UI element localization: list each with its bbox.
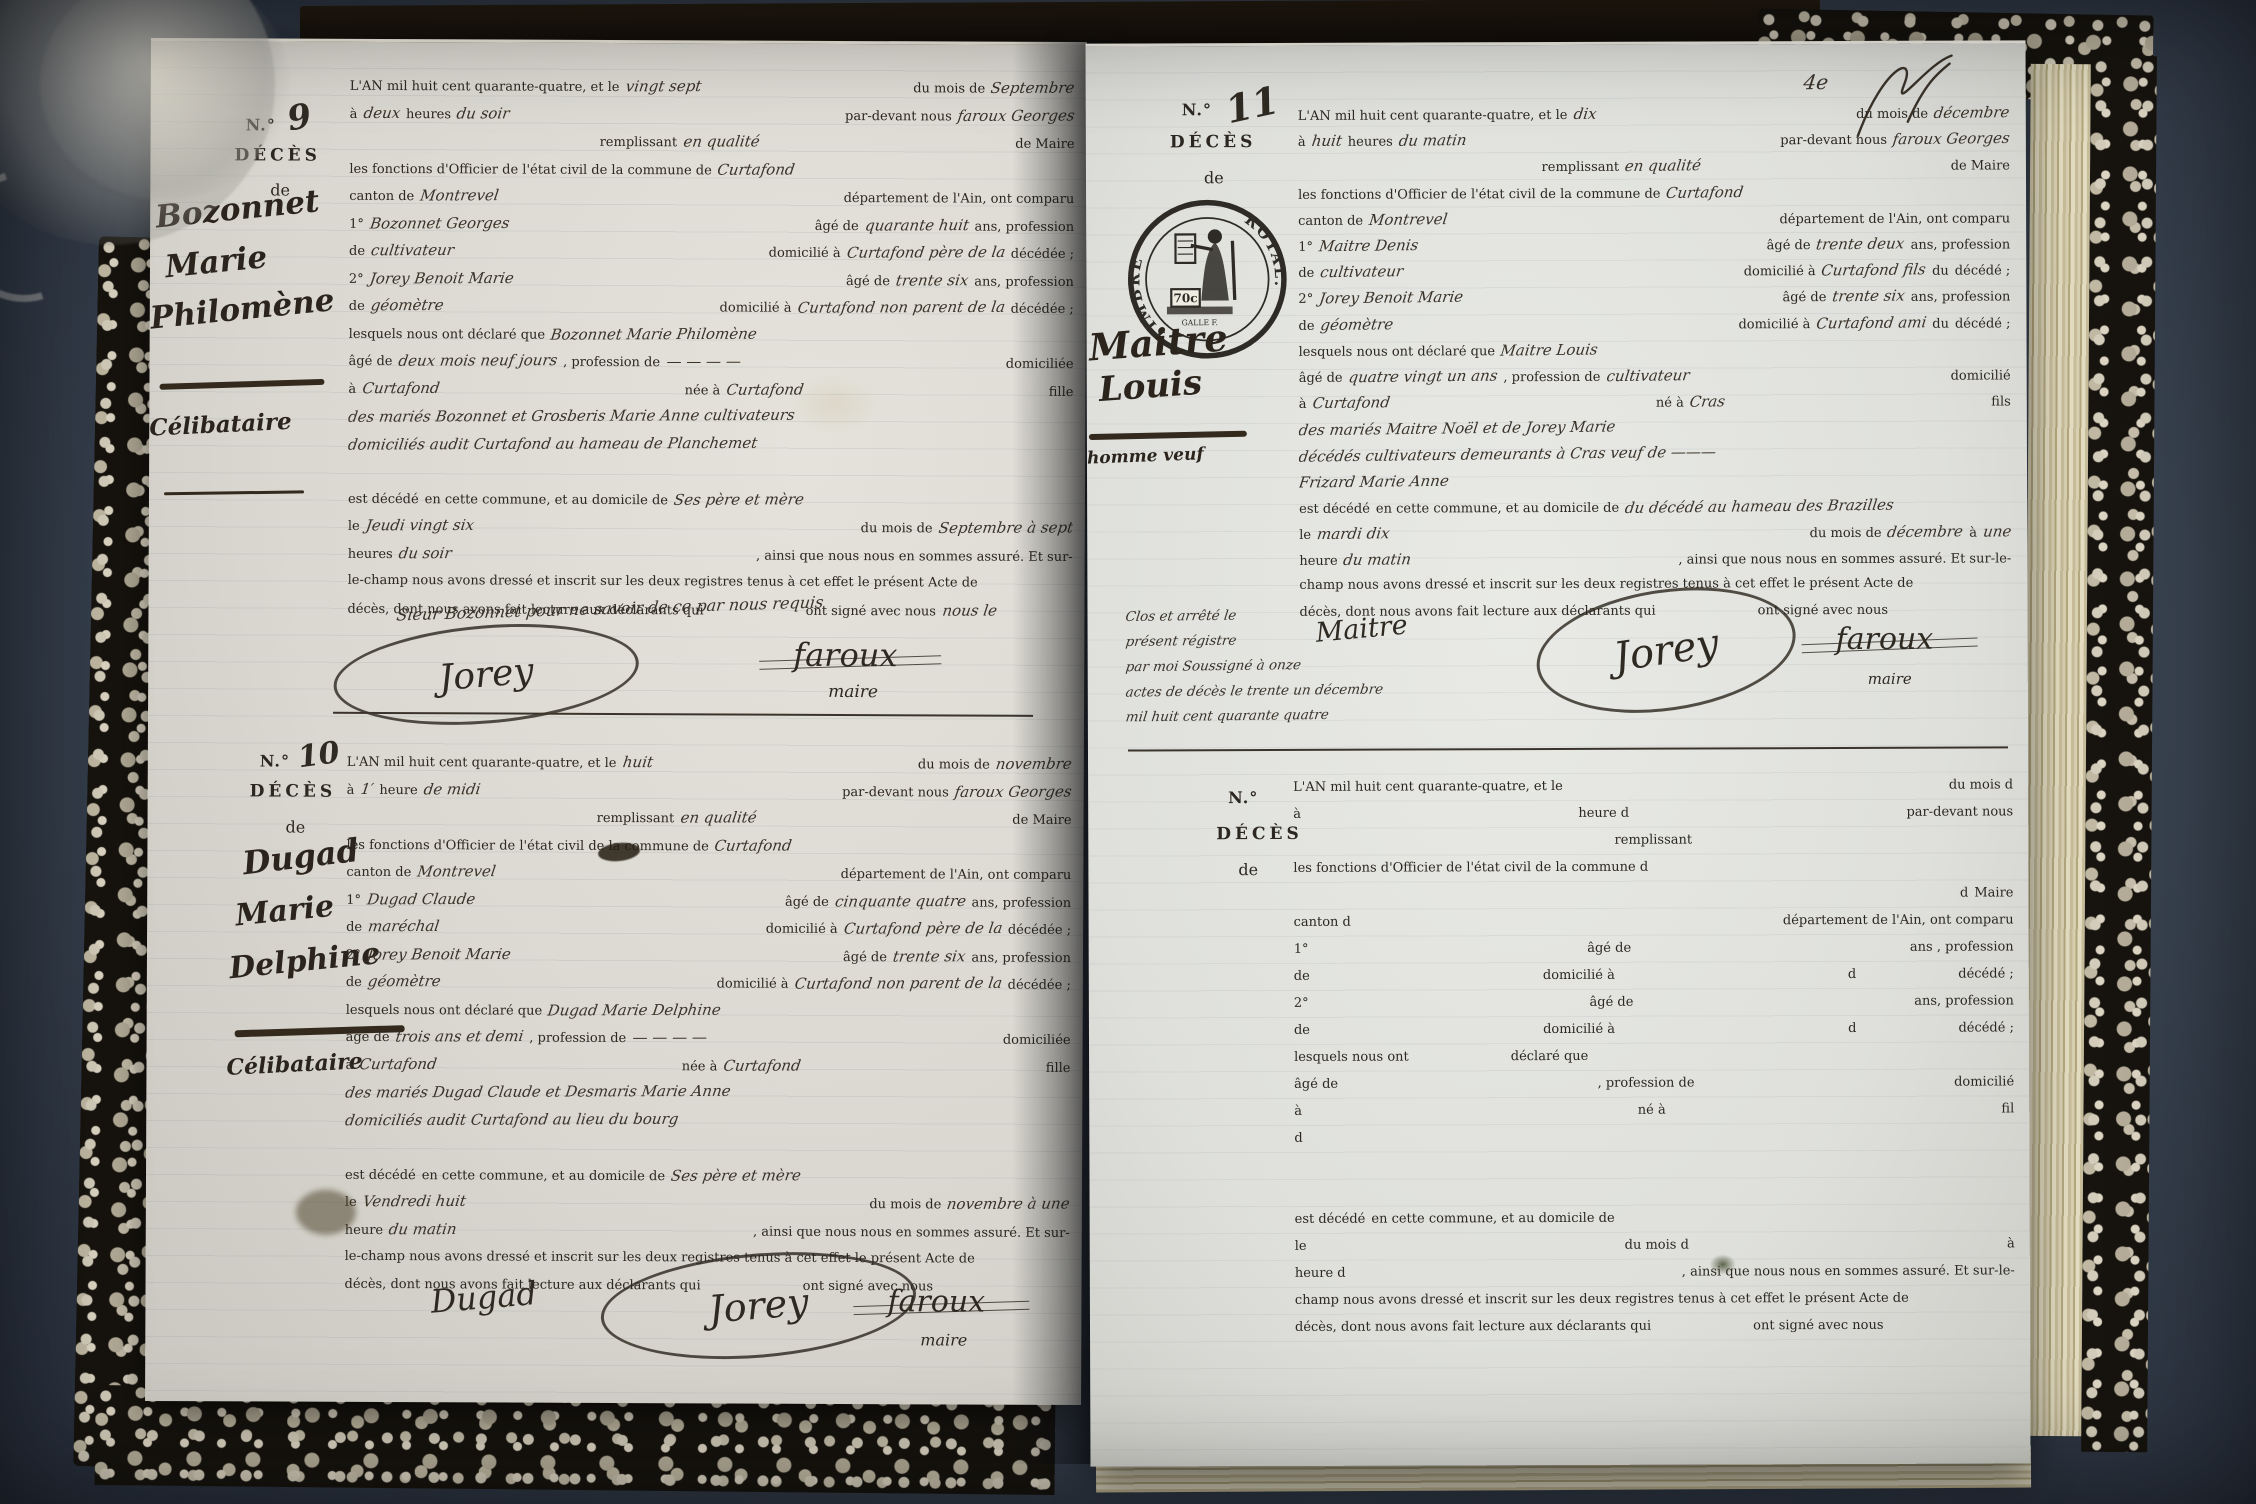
form-line: L'AN mil huit cent quarante-quatre, et l… — [1293, 771, 2013, 801]
act-text-10: L'AN mil huit cent quarante-quatre, et l… — [344, 748, 1071, 1311]
marital-status: Célibataire — [226, 1048, 363, 1081]
form-line: àheure dpar-devant nous — [1293, 798, 2013, 828]
form-line: àné àfil — [1294, 1095, 2014, 1125]
form-line — [345, 1133, 1070, 1164]
form-line: leVendredi huitdu mois denovembre à une — [345, 1188, 1070, 1219]
form-line: 1°Dugad Claudeâgé decinquante quatreans,… — [346, 885, 1071, 916]
record-10: N.° 10 DÉCÈS de Dugad Marie Delphine Cél… — [145, 41, 1087, 1405]
form-line: les fonctions d'Officier de l'état civil… — [1293, 852, 2013, 882]
deceased-surname: Dugad — [241, 831, 361, 882]
form-line: 1°âgé deans , profession — [1294, 933, 2014, 963]
record-blank: N.° DÉCÈS de L'AN mil huit cent quarante… — [1086, 43, 2031, 1466]
form-line: domiciliés audit Curtafond au lieu du bo… — [345, 1105, 1070, 1136]
deceased-name-line2: Marie — [234, 889, 336, 934]
form-line: décès, dont nous avons fait lecture aux … — [1295, 1311, 2015, 1341]
form-line: canton deMontreveldépartement de l'Ain, … — [346, 858, 1071, 889]
photo-stage: N.° 9 DÉCÈS de Bozonnet Marie Philomène … — [0, 0, 2256, 1504]
form-line: dMaire — [1293, 879, 2013, 909]
left-page: N.° 9 DÉCÈS de Bozonnet Marie Philomène … — [145, 38, 1087, 1405]
form-line: remplissanten qualitéde Maire — [347, 803, 1072, 834]
signature-dugad: Dugad — [429, 1274, 538, 1321]
page-stack-right-edge — [2021, 64, 2091, 1436]
record-de-label: de — [285, 818, 305, 837]
form-line: des mariés Dugad Claude et Desmaris Mari… — [345, 1078, 1070, 1109]
record-number-label: N.° — [1228, 788, 1258, 807]
form-line: champ nous avons dressé et inscrit sur l… — [1295, 1284, 2015, 1314]
right-page: 4e N.° 11 DÉCÈS de TIMBRE ROYAL. — [1086, 40, 2031, 1466]
form-line: à1′heurede midipar-devant nousfaroux Geo… — [347, 775, 1072, 806]
form-line: lesquels nous ont déclaré queDugad Marie… — [346, 995, 1071, 1026]
form-line: dedomicilié àddécédé ; — [1294, 960, 2014, 990]
form-line: 2°âgé deans, profession — [1294, 987, 2014, 1017]
form-line — [1294, 1149, 2014, 1179]
record-type-label: DÉCÈS — [250, 781, 337, 801]
record-de-label: de — [1238, 860, 1258, 879]
form-line: L'AN mil huit cent quarante-quatre, et l… — [347, 748, 1072, 779]
form-line: est décédéen cette commune, et au domici… — [345, 1160, 1070, 1191]
form-line: d — [1294, 1122, 2014, 1152]
signature-faroux: faroux — [887, 1284, 985, 1319]
form-line: âgé detrois ans et demi, profession de— … — [346, 1023, 1071, 1054]
signature-title-maire: maire — [920, 1330, 967, 1349]
form-line: heure d, ainsi que nous nous en sommes a… — [1295, 1257, 2015, 1287]
marbled-cover-right — [2081, 56, 2157, 1452]
form-line — [1294, 1176, 2014, 1206]
form-line: degéomètredomicilié àCurtafond non paren… — [346, 968, 1071, 999]
form-line: les fonctions d'Officier de l'état civil… — [346, 830, 1071, 861]
form-line: canton ddépartement de l'Ain, ont compar… — [1294, 906, 2014, 936]
form-line: dedomicilié àddécédé ; — [1294, 1014, 2014, 1044]
form-line: demaréchaldomicilié àCurtafond père de l… — [346, 913, 1071, 944]
form-line: heuredu matin, ainsi que nous nous en so… — [345, 1215, 1070, 1246]
form-line: àCurtafondnée àCurtafondfille — [345, 1050, 1070, 1081]
form-line: lesquels nous ontdéclaré que — [1294, 1041, 2014, 1071]
ink-smudge — [296, 1190, 356, 1235]
act-text-blank: L'AN mil huit cent quarante-quatre, et l… — [1293, 771, 2015, 1354]
record-number-label: N.° — [260, 751, 290, 770]
form-line: âgé de, profession dedomicilié — [1294, 1068, 2014, 1098]
form-line: ledu mois dà — [1295, 1230, 2015, 1260]
form-line: est décédéen cette commune, et au domici… — [1295, 1203, 2015, 1233]
form-line: remplissant — [1293, 825, 2013, 855]
form-line: 2°Jorey Benoit Marieâgé detrente sixans,… — [346, 940, 1071, 971]
record-type-label: DÉCÈS — [1216, 824, 1303, 844]
record-number-value: 10 — [296, 735, 342, 775]
